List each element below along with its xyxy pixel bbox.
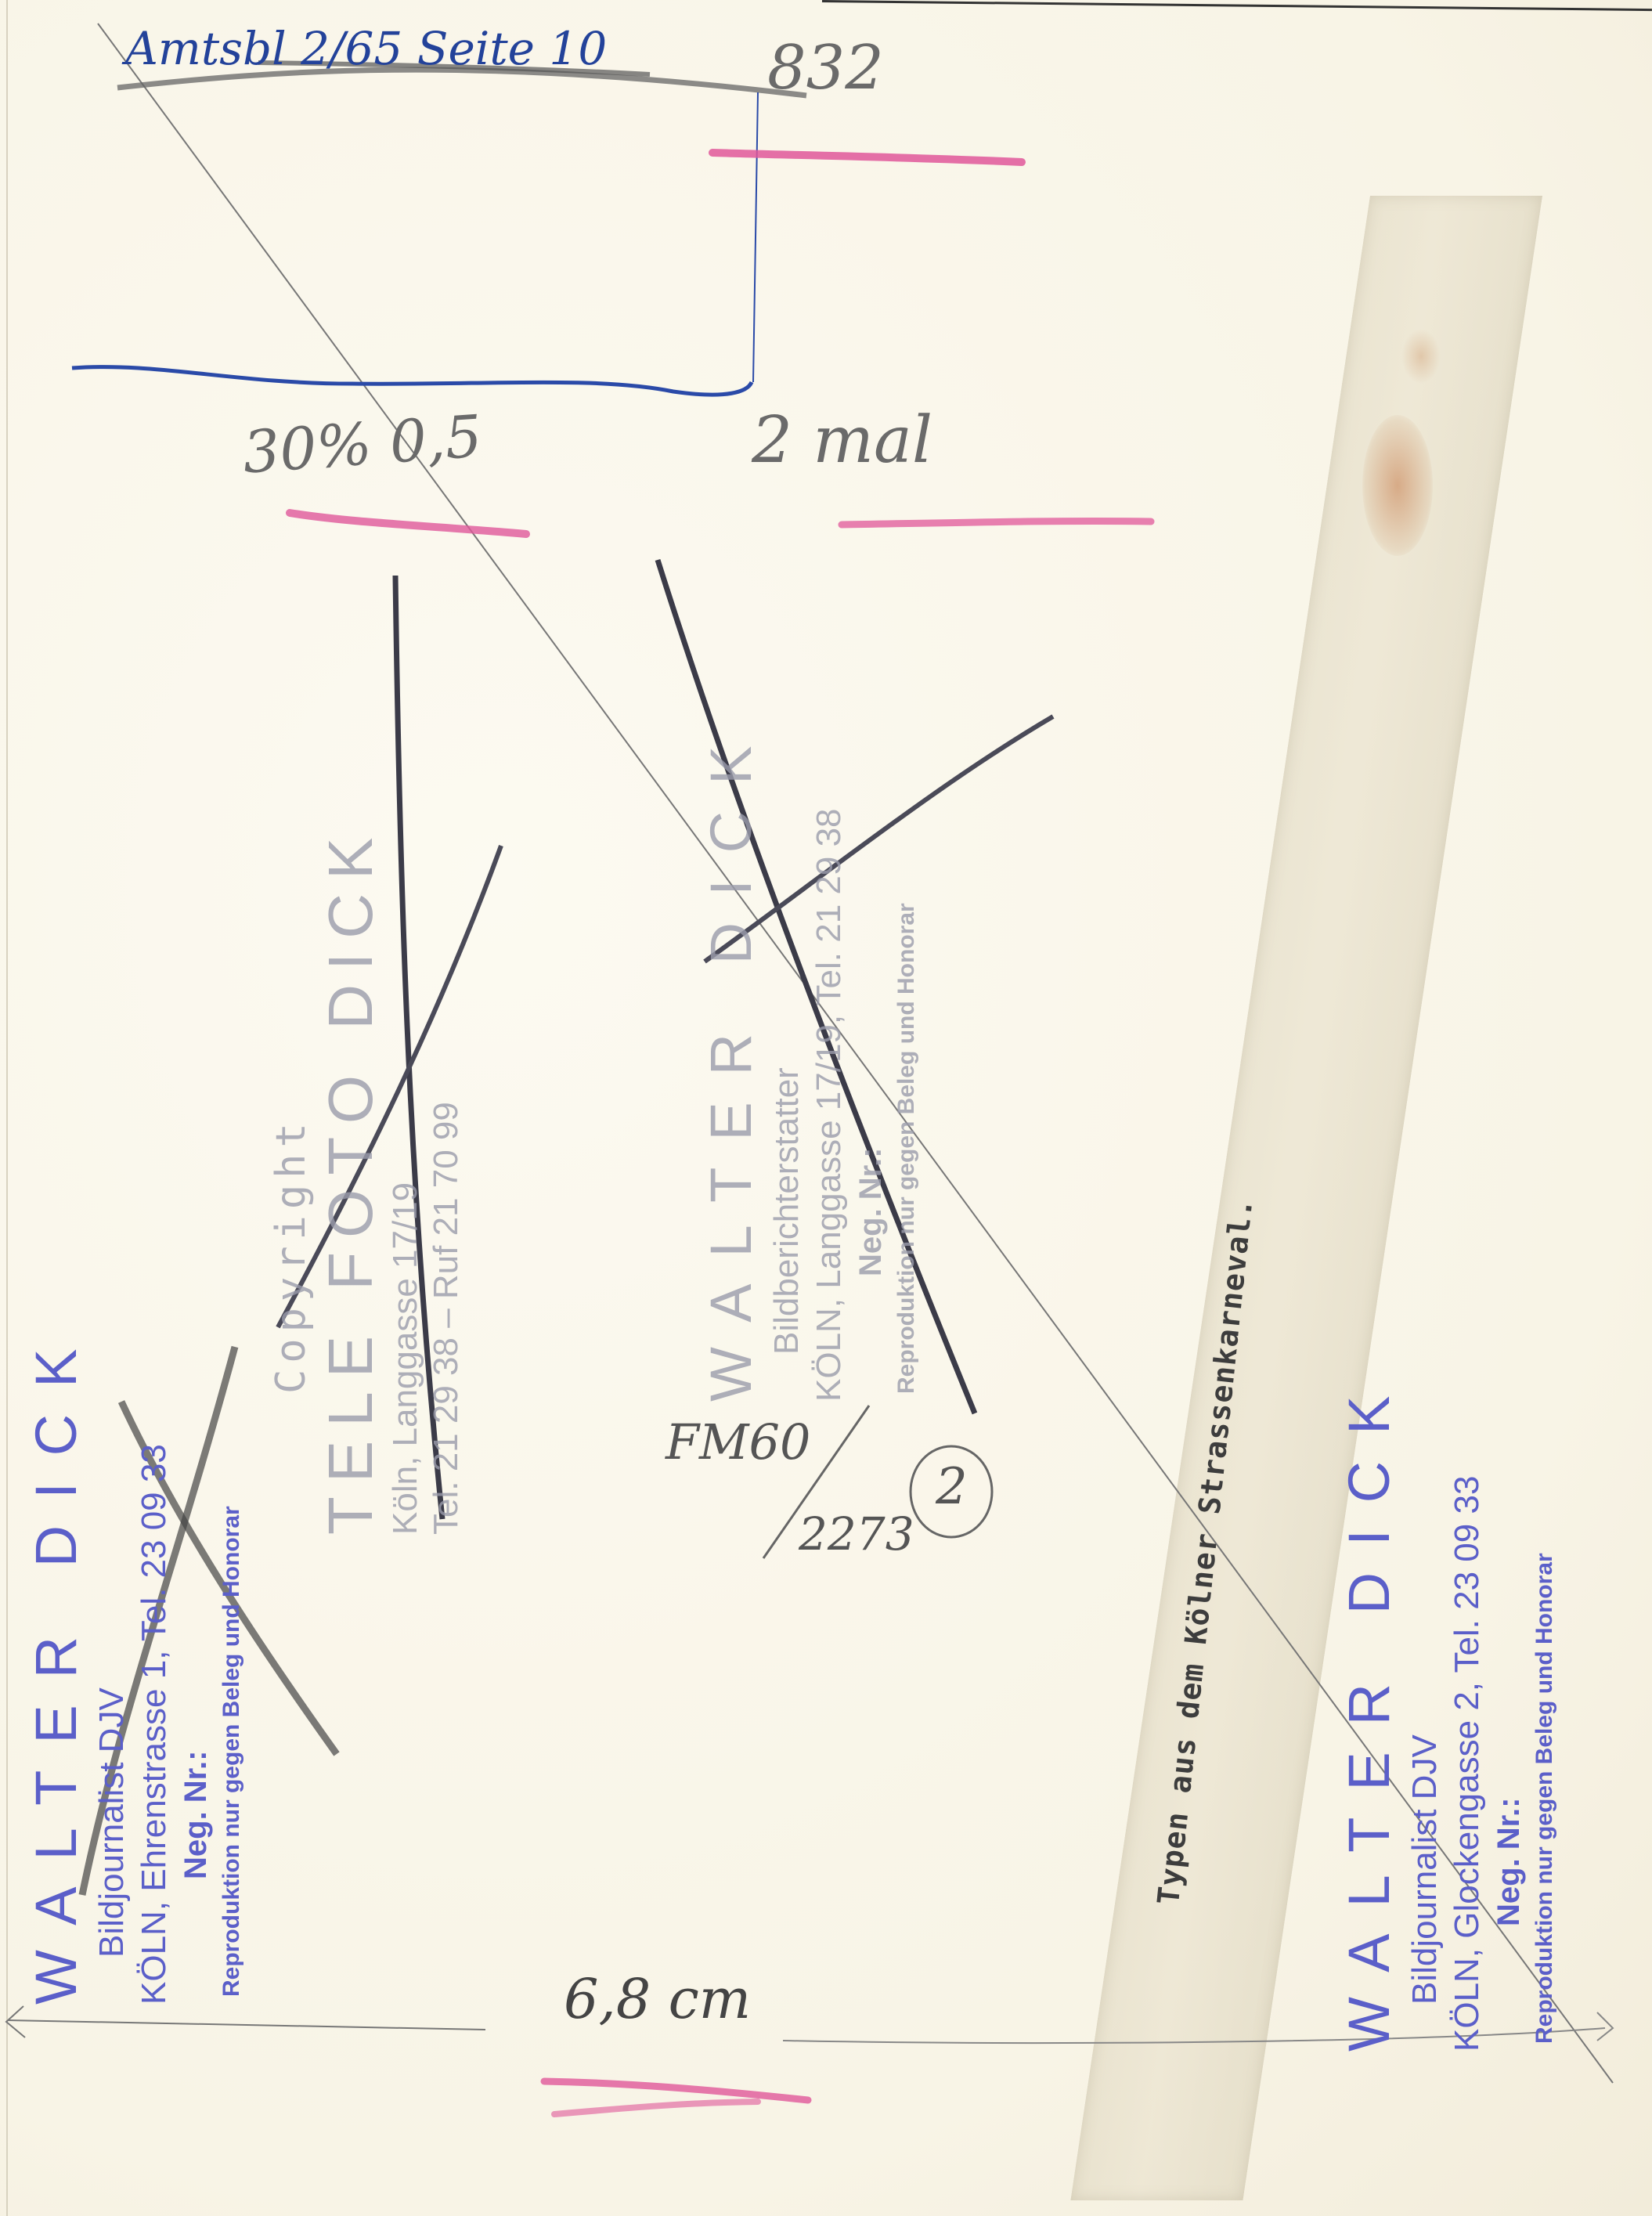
handwritten-negative-ref-bottom: 2273 bbox=[799, 1507, 914, 1561]
handwritten-copies-note: 2 mal bbox=[752, 403, 932, 478]
stamp-notice: Reproduktion nur gegen Beleg und Honorar bbox=[1529, 1370, 1560, 2052]
stamp-copyright: Copyright bbox=[266, 824, 316, 1535]
stamp-tele-foto-dick: Copyright TELE FOTO DICK Köln, Langgasse… bbox=[266, 824, 467, 1535]
handwritten-measurement: 6,8 cm bbox=[564, 1967, 751, 2031]
stamp-walter-dick-ehrenstrasse: WALTER DICK Bildjournalist DJV KÖLN, Ehr… bbox=[22, 1323, 247, 2005]
handwritten-negative-ref-top: FM60 bbox=[665, 1413, 810, 1471]
stamp-address: KÖLN, Langgasse 17/19, Tel. 21 29 38 bbox=[808, 720, 850, 1402]
stamp-neg-label: Neg. Nr.: bbox=[850, 720, 891, 1402]
stamp-address: KÖLN, Glockengasse 2, Tel. 23 09 33 bbox=[1446, 1370, 1488, 2052]
stamp-name: WALTER DICK bbox=[22, 1323, 91, 2005]
stamp-notice: Reproduktion nur gegen Beleg und Honorar bbox=[216, 1323, 247, 2005]
stamp-neg-label: Neg. Nr.: bbox=[1488, 1370, 1529, 2052]
stamp-address: KÖLN, Ehrenstrasse 1, Tel. 23 09 33 bbox=[133, 1323, 175, 2005]
handwritten-reference-number: 832 bbox=[767, 33, 884, 103]
stamp-neg-label: Neg. Nr.: bbox=[175, 1323, 216, 2005]
stamp-name: TELE FOTO DICK bbox=[316, 824, 385, 1535]
stamp-address: Köln, Langgasse 17/19 bbox=[385, 824, 426, 1535]
stamp-title: Bildberichterstatter bbox=[766, 720, 808, 1402]
stamp-phone: Tel. 21 29 38 – Ruf 21 70 99 bbox=[426, 824, 467, 1535]
stamp-walter-dick-glockengasse: WALTER DICK Bildjournalist DJV KÖLN, Glo… bbox=[1335, 1370, 1560, 2052]
stamp-notice: Reproduktion nur gegen Beleg und Honorar bbox=[891, 720, 922, 1402]
stamp-title: Bildjournalist DJV bbox=[91, 1323, 133, 2005]
stamp-name: WALTER DICK bbox=[1335, 1370, 1404, 2052]
stamp-name: WALTER DICK bbox=[697, 720, 766, 1402]
stamp-title: Bildjournalist DJV bbox=[1404, 1370, 1446, 2052]
handwritten-publication-note: Amtsbl 2/65 Seite 10 bbox=[125, 22, 607, 75]
circled-copy-number: 2 bbox=[936, 1458, 968, 1516]
stamp-walter-dick-langgasse: WALTER DICK Bildberichterstatter KÖLN, L… bbox=[697, 720, 922, 1402]
